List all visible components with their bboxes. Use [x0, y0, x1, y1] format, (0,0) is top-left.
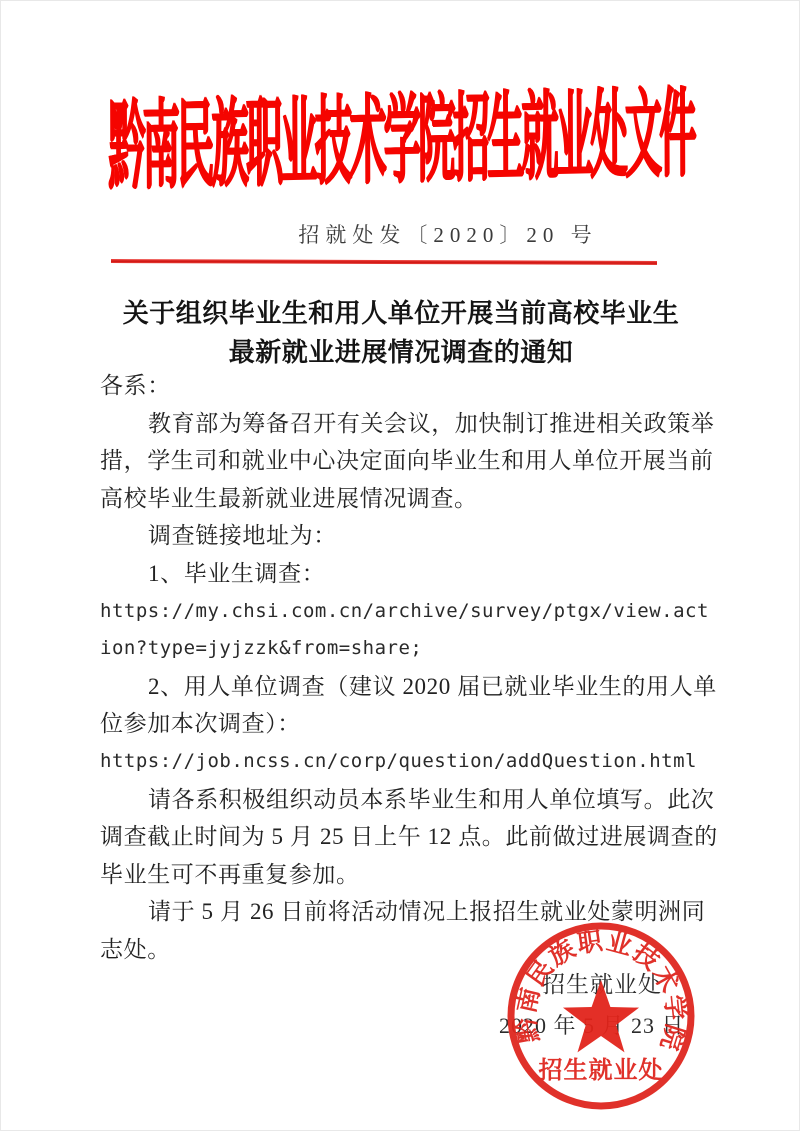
body-line: 1、毕业生调查：: [100, 555, 712, 593]
body-line: 教育部为筹备召开有关会议，加快制订推进相关政策举: [100, 405, 712, 443]
survey-url-graduates: https://my.chsi.com.cn/archive/survey/pt…: [100, 593, 712, 631]
notice-body: 各系： 教育部为筹备召开有关会议，加快制订推进相关政策举 措，学生司和就业中心决…: [100, 367, 712, 969]
document-page: 黔南民族职业技术学院招生就业处文件 招就处发〔2020〕20 号 关于组织毕业生…: [0, 0, 800, 1131]
body-line: 各系：: [100, 367, 712, 405]
survey-url-graduates-cont: ion?type=jyjzzk&from=share;: [100, 630, 712, 668]
body-line: 措，学生司和就业中心决定面向毕业生和用人单位开展当前: [100, 442, 712, 480]
letterhead-title: 黔南民族职业技术学院招生就业处文件: [65, 86, 737, 198]
body-line: 调查链接地址为：: [100, 517, 712, 555]
body-line: 请各系积极组织动员本系毕业生和用人单位填写。此次: [100, 781, 712, 819]
body-line: 高校毕业生最新就业进展情况调查。: [100, 480, 712, 518]
body-line: 毕业生可不再重复参加。: [100, 856, 712, 894]
body-line: 2、用人单位调查（建议 2020 届已就业毕业生的用人单: [100, 668, 712, 706]
notice-title: 关于组织毕业生和用人单位开展当前高校毕业生 最新就业进展情况调查的通知: [61, 294, 741, 372]
red-divider: [111, 259, 657, 265]
doc-number: 招就处发〔2020〕20 号: [141, 219, 755, 249]
body-line: 调查截止时间为 5 月 25 日上午 12 点。此前做过进展调查的: [100, 818, 712, 856]
seal-bottom-text: 招生就业处: [539, 1056, 664, 1084]
notice-title-line1: 关于组织毕业生和用人单位开展当前高校毕业生: [61, 294, 741, 333]
official-seal: 黔南民族职业技术学院 招生就业处: [501, 916, 701, 1116]
body-line: 位参加本次调查）：: [100, 705, 712, 743]
survey-url-employers: https://job.ncss.cn/corp/question/addQue…: [100, 743, 712, 781]
star-icon: [563, 980, 639, 1052]
